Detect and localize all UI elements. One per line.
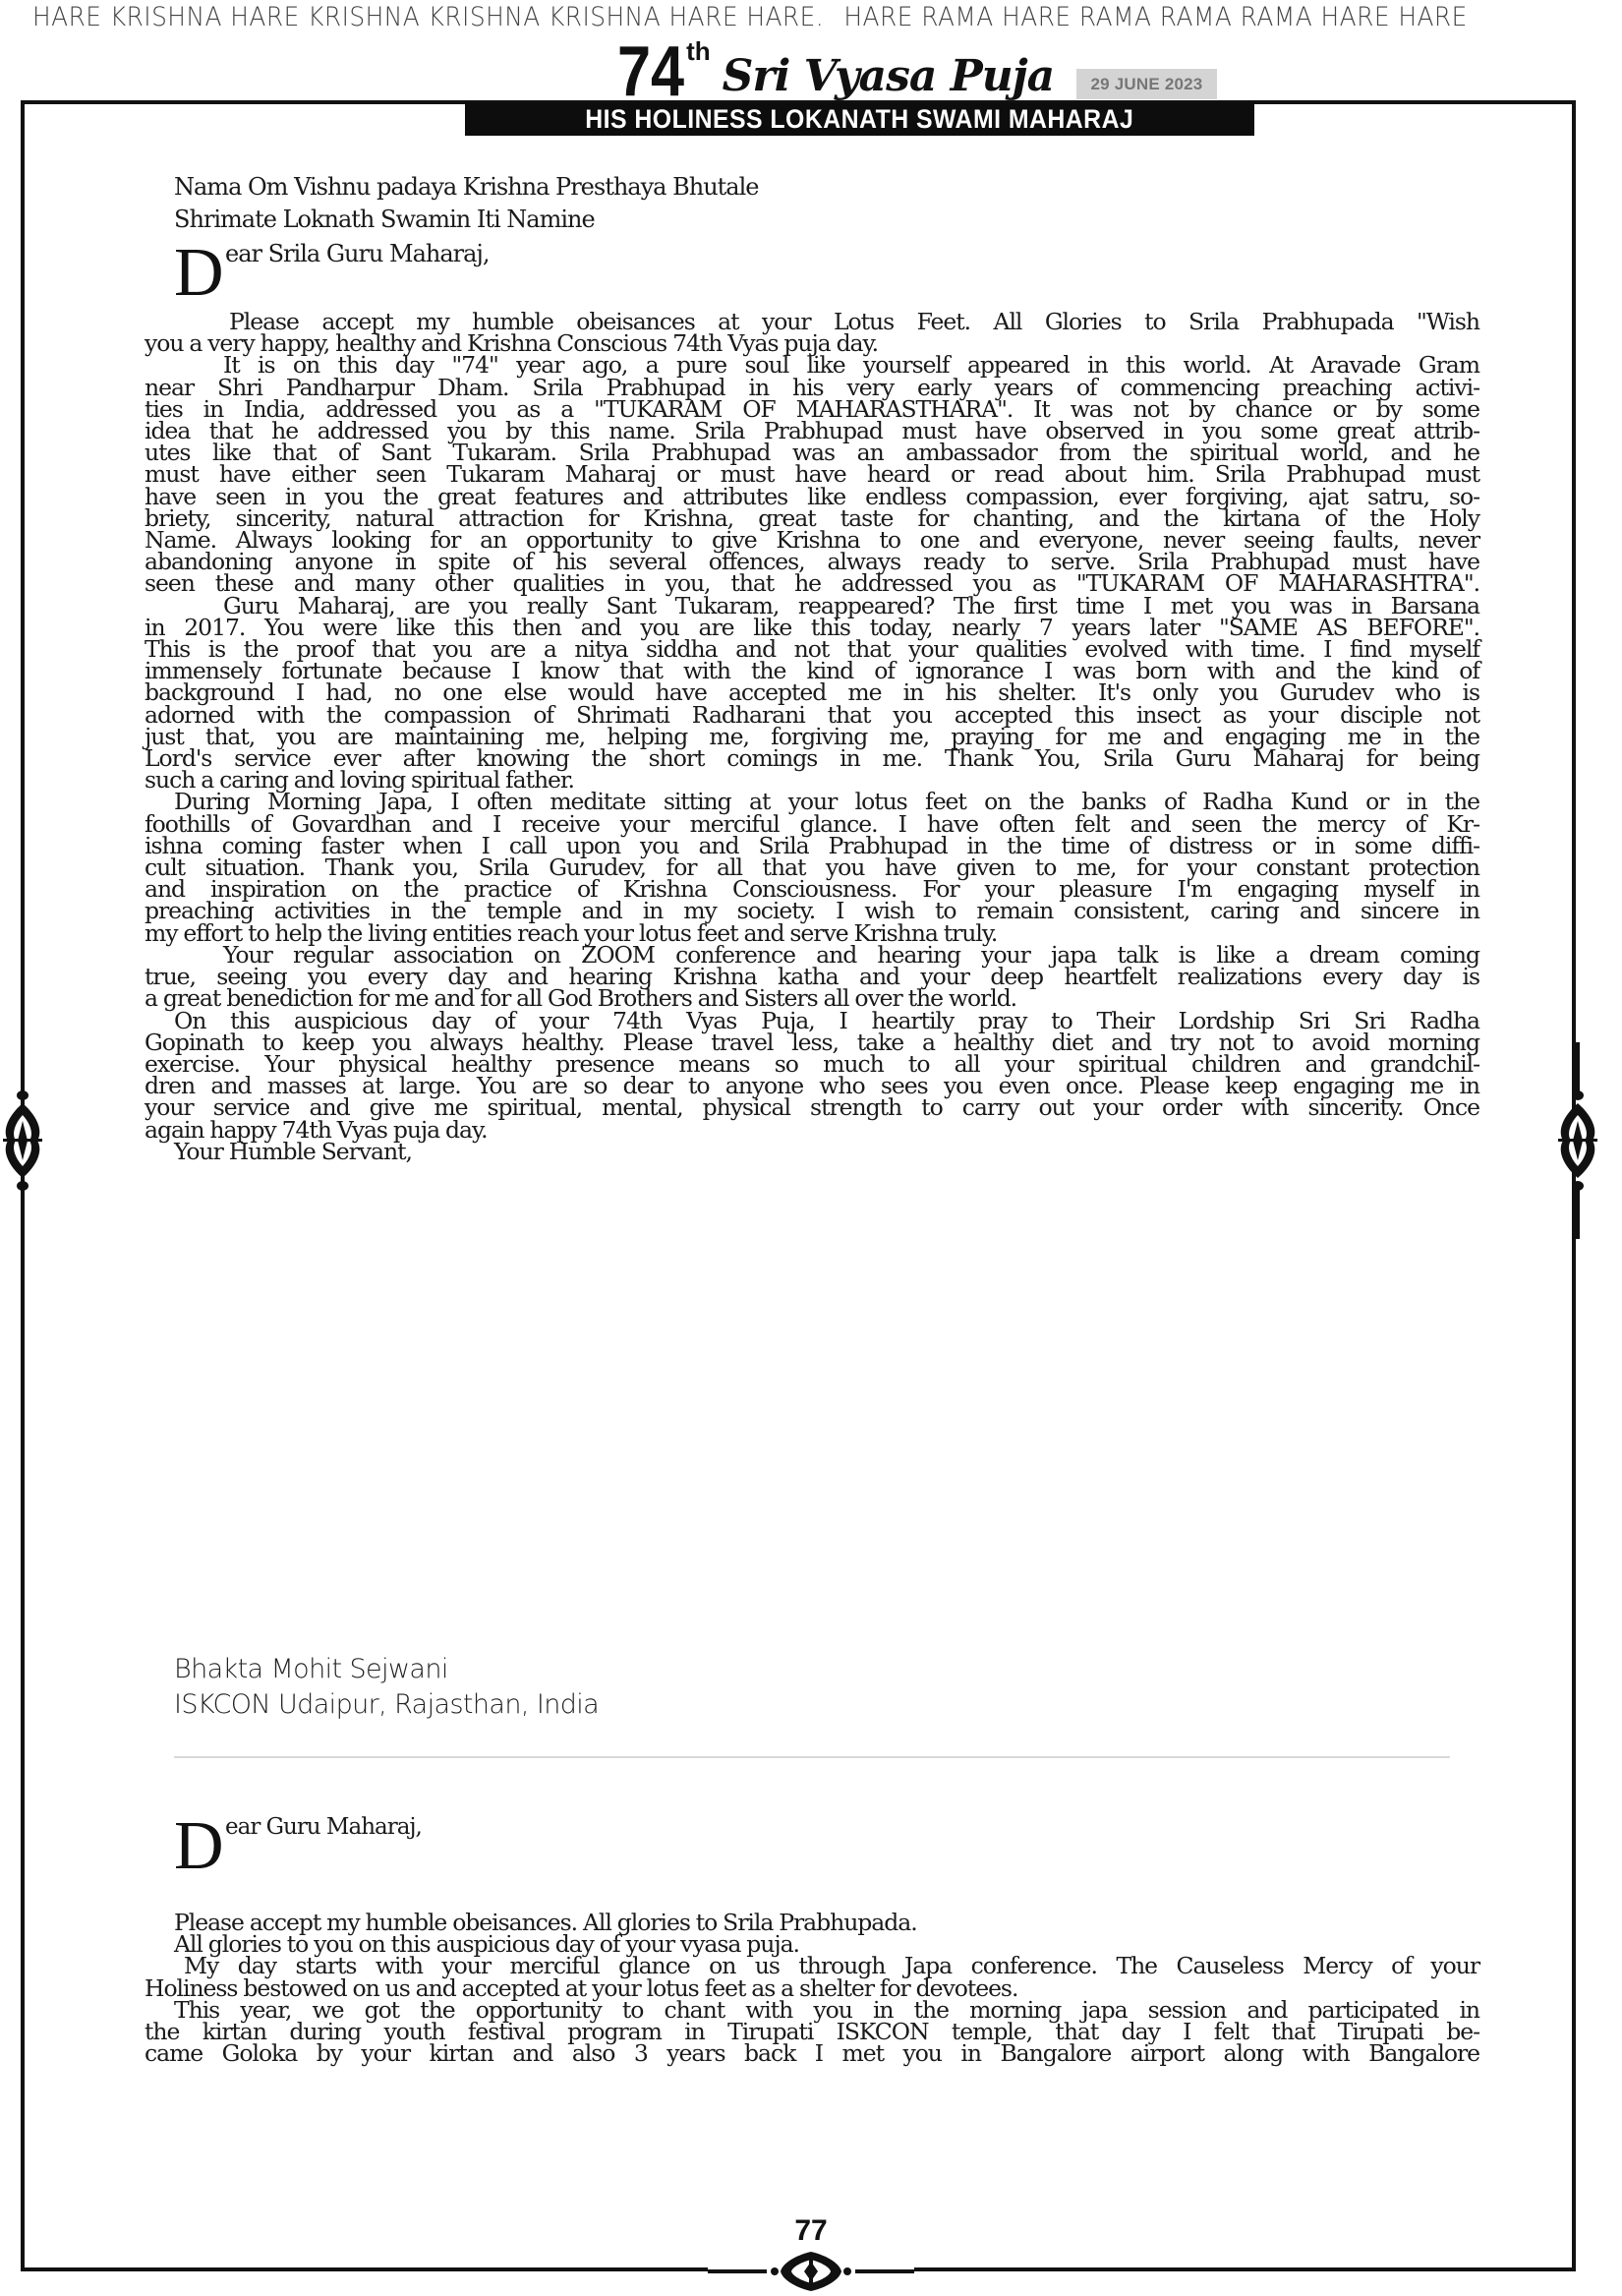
right-ornament-icon xyxy=(1555,1042,1600,1239)
greeting-letter2: ear Guru Maharaj, xyxy=(225,1815,422,1839)
pranam-line-1: Nama Om Vishnu padaya Krishna Presthaya … xyxy=(174,175,758,199)
letter1-body: Please accept my humble obeisances at yo… xyxy=(145,311,1479,1162)
title-text: Sri Vyasa Puja xyxy=(723,51,1055,102)
date-badge: 29 JUNE 2023 xyxy=(1076,69,1217,99)
dropcap-letter2: D xyxy=(174,1817,224,1876)
signature-place: ISKCON Udaipur, Rajasthan, India xyxy=(174,1687,599,1723)
mantra-right: HARE RAMA HARE RAMA RAMA RAMA HARE HARE xyxy=(843,2,1467,32)
section-divider xyxy=(174,1756,1450,1758)
name-banner: HIS HOLINESS LOKANATH SWAMI MAHARAJ xyxy=(465,102,1254,136)
page-title: 74 th Sri Vyasa Puja xyxy=(617,35,1054,102)
date-text: 29 JUNE 2023 xyxy=(1091,75,1203,94)
text-line: came Goloka by your kirtan and also 3 ye… xyxy=(145,2042,1479,2064)
signature-name: Bhakta Mohit Sejwani xyxy=(174,1652,599,1687)
bottom-ornament-icon xyxy=(708,2250,914,2293)
closing-line: Your Humble Servant, xyxy=(145,1141,1479,1162)
page-number: 77 xyxy=(0,2214,1622,2248)
title-superscript: th xyxy=(686,36,711,67)
title-number: 74 xyxy=(617,41,684,102)
mantra-left: HARE KRISHNA HARE KRISHNA KRISHNA KRISHN… xyxy=(32,2,824,32)
signature-block: Bhakta Mohit Sejwani ISKCON Udaipur, Raj… xyxy=(174,1652,599,1723)
banner-text: HIS HOLINESS LOKANATH SWAMI MAHARAJ xyxy=(585,104,1133,135)
dropcap-letter1: D xyxy=(174,244,224,303)
greeting-letter1: ear Srila Guru Maharaj, xyxy=(225,242,490,265)
left-ornament-icon xyxy=(0,1042,45,1239)
pranam-line-2: Shrimate Loknath Swamin Iti Namine xyxy=(174,207,595,231)
letter2-body: Please accept my humble obeisances. All … xyxy=(145,1912,1479,2064)
mantra-header: HARE KRISHNA HARE KRISHNA KRISHNA KRISHN… xyxy=(32,2,1479,32)
